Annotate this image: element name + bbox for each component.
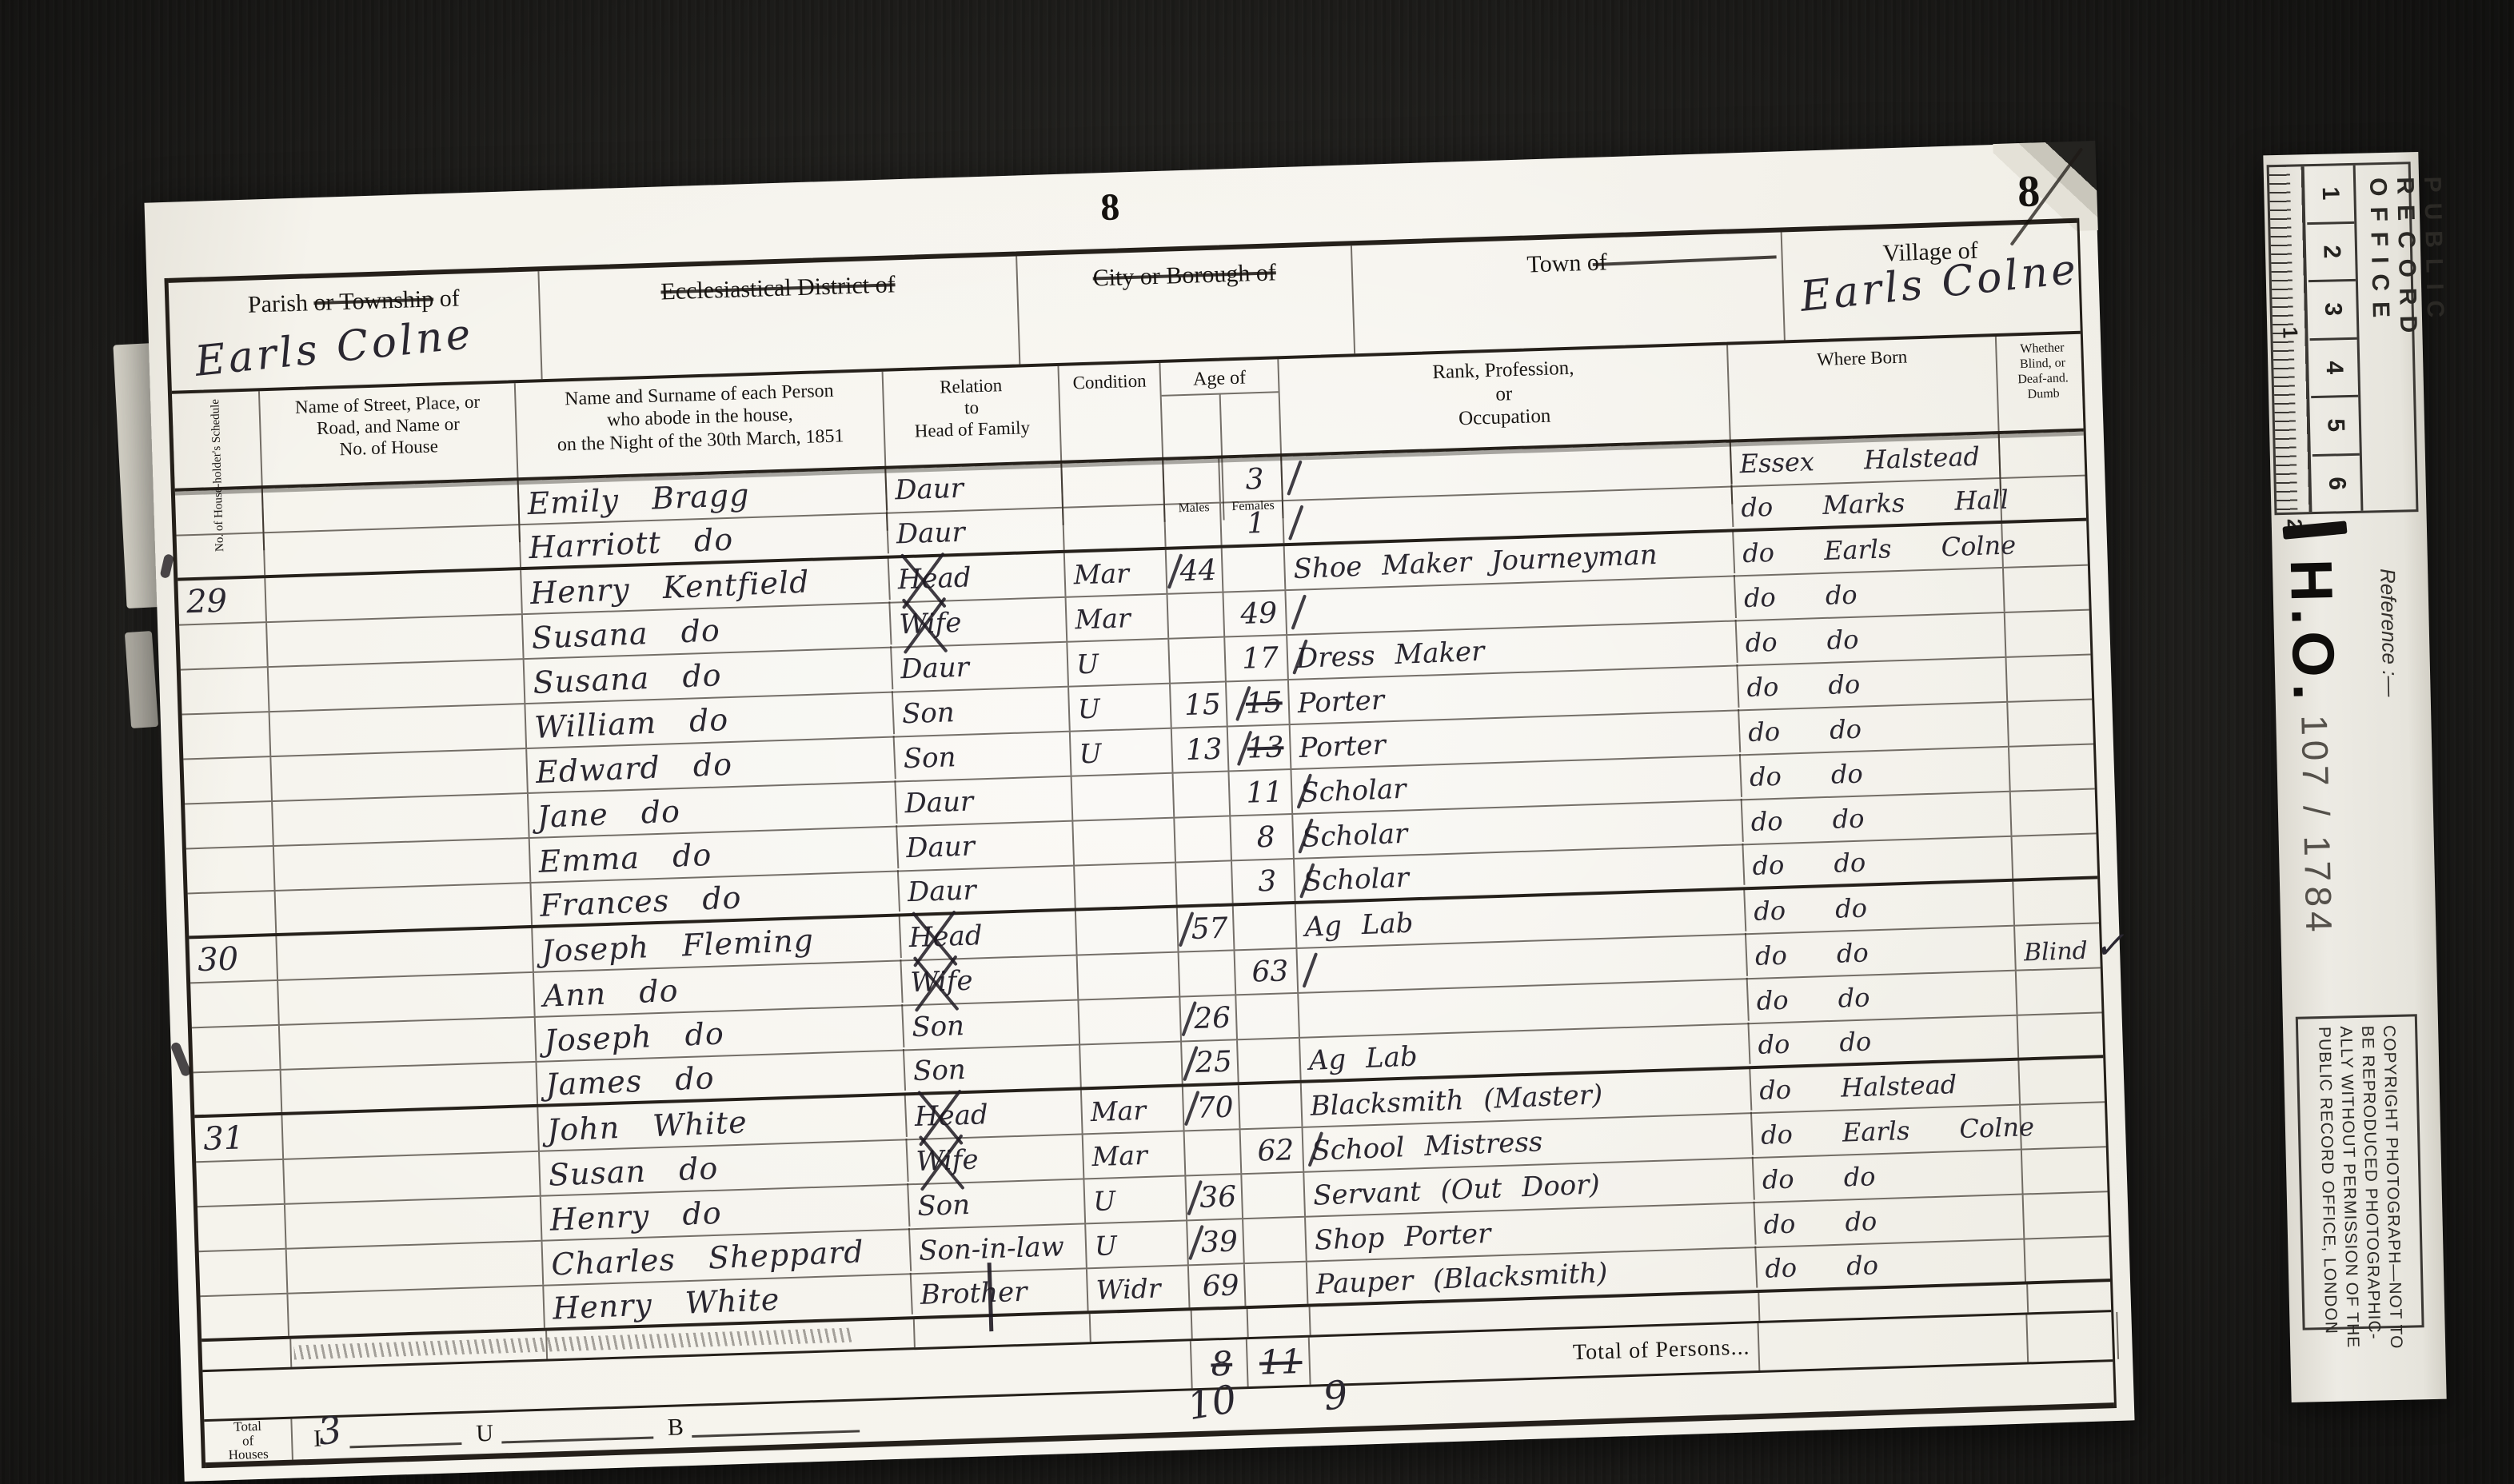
relation-value: Head: [914, 1099, 988, 1133]
street-cell: [281, 1063, 538, 1112]
schedule-number: [181, 668, 270, 713]
condition-value: [1072, 774, 1175, 820]
born-value: do do: [1737, 613, 2007, 665]
city-label: City or Borough of: [1092, 259, 1276, 291]
age-male: [1174, 772, 1231, 816]
schedule-number: [199, 1250, 289, 1295]
age-female: 49: [1223, 591, 1287, 636]
schedule-number: [177, 533, 266, 577]
age-female: 8: [1231, 815, 1295, 860]
paper-edge-sliver: [125, 631, 158, 728]
born-value: do Earls Colne: [1734, 524, 2004, 576]
ruler: 12 123456 PUBLIC RECORD OFFICE: [2267, 162, 2419, 515]
relation-cell: Wife: [908, 1135, 1085, 1183]
street-cell: [274, 839, 532, 890]
age-male: 25: [1182, 1040, 1239, 1083]
age-male: 44: [1167, 549, 1224, 593]
schedule-number: [198, 1205, 287, 1251]
district-cell: Ecclesiastical District of: [539, 256, 1020, 379]
born-value: do do: [1757, 1239, 2026, 1290]
infirmity-value: [2005, 610, 2097, 656]
condition-value: U: [1071, 729, 1174, 776]
age-male: [1169, 638, 1227, 683]
infirmity-value: [2024, 1192, 2116, 1239]
street-cell: [273, 794, 530, 845]
district-label: Ecclesiastical District of: [660, 271, 896, 305]
age-male: 36: [1186, 1175, 1243, 1219]
age-female: 3: [1219, 457, 1283, 501]
condition-value: [1079, 998, 1182, 1044]
relation-cell: Head: [906, 1090, 1083, 1139]
schedule-number: [190, 981, 280, 1027]
infirmity-value: [2002, 521, 2094, 567]
age-female: [1243, 1218, 1307, 1263]
age-male: [1167, 593, 1225, 638]
age-female: [1238, 1039, 1302, 1082]
relation-value: Son: [901, 696, 955, 730]
condition-value: [1062, 461, 1165, 507]
age-male: 26: [1180, 995, 1238, 1040]
reference-value: H.O. 107 / 1784: [2277, 558, 2354, 937]
page-number-corner: 8: [2017, 166, 2041, 217]
relation-cell: Daur: [892, 643, 1069, 692]
infirmity-value: [2000, 431, 2092, 477]
reference-series: H.O.: [2278, 558, 2348, 707]
relation-cell: Son-in-law: [910, 1224, 1087, 1273]
relation-cell: Wife: [891, 598, 1068, 647]
age-male: [1165, 504, 1223, 547]
relation-value: Wife: [899, 607, 962, 640]
schedule-number: [196, 1160, 285, 1206]
born-value: do do: [1742, 792, 2013, 844]
schedule-number: 29: [178, 578, 267, 624]
born-value: do do: [1754, 1151, 2024, 1203]
schedule-number: [186, 847, 276, 892]
street-cell: [285, 1197, 543, 1248]
condition-value: U: [1067, 640, 1171, 686]
age-female: [1223, 546, 1287, 591]
infirmity-value: [2018, 1013, 2110, 1058]
born-value: do do: [1755, 1195, 2025, 1247]
street-cell: [265, 525, 521, 575]
born-value: do Halstead: [1750, 1061, 2021, 1113]
parish-cell: Parish or Township of Earls Colne: [169, 271, 543, 390]
schedule-number: [194, 1071, 283, 1115]
pen-stroke: [1592, 255, 1776, 266]
relation-value: Head: [897, 561, 972, 596]
infirmity-value: [2011, 789, 2103, 836]
infirmity-value: [2019, 1058, 2111, 1104]
relation-value: Son-in-law: [919, 1231, 1065, 1267]
street-cell: [271, 749, 529, 800]
relation-value: Son: [917, 1189, 971, 1223]
born-value: do do: [1739, 703, 2009, 755]
age-male: 69: [1189, 1264, 1247, 1307]
pro-ruler-strip: 12 123456 PUBLIC RECORD OFFICE H.O. 107 …: [2263, 152, 2446, 1402]
relation-cell: Daur: [896, 777, 1074, 826]
age-female: [1236, 994, 1300, 1039]
relation-value: Brother: [920, 1276, 1028, 1311]
condition-value: [1075, 864, 1178, 908]
schedule-number: [175, 489, 265, 534]
relation-value: Head: [908, 920, 983, 954]
census-form: Parish or Township of Earls Colne Eccles…: [164, 218, 2117, 1469]
age-male: 70: [1183, 1085, 1241, 1130]
relation-value: Daur: [896, 517, 965, 551]
age-male: 15: [1171, 682, 1228, 727]
age-female: [1239, 1083, 1303, 1128]
born-value: do do: [1738, 658, 2009, 710]
condition-value: U: [1069, 684, 1172, 731]
infirmity-value: [2013, 834, 2105, 879]
schedule-number: [200, 1295, 289, 1338]
born-value: do do: [1735, 568, 2005, 620]
street-cell: [269, 660, 526, 711]
street-cell: [265, 570, 523, 621]
street-cell: [267, 615, 525, 666]
reference-label: Reference :—: [2375, 568, 2403, 697]
street-cell: [287, 1242, 545, 1293]
schedule-number: [188, 892, 277, 935]
age-female: [1245, 1263, 1309, 1306]
street-cell: [277, 928, 534, 979]
infirmity-value: [2004, 565, 2096, 612]
relation-cell: Son: [909, 1179, 1087, 1228]
persons-females: 11: [1247, 1338, 1311, 1386]
age-male: [1163, 459, 1221, 504]
infirmity-value: [2021, 1103, 2113, 1149]
city-cell: City or Borough of: [1017, 245, 1355, 364]
age-male: [1185, 1130, 1243, 1175]
relation-value: Wife: [910, 965, 973, 999]
street-cell: [280, 1018, 537, 1069]
uninhabited-label: U: [476, 1420, 494, 1448]
relation-cell: Wife: [902, 956, 1079, 1005]
relation-cell: Son: [895, 732, 1072, 781]
condition-value: Widr: [1087, 1266, 1191, 1310]
schedule-number: [182, 712, 272, 758]
schedule-number: [183, 757, 273, 803]
relation-value: Daur: [907, 874, 976, 908]
condition-value: U: [1084, 1176, 1187, 1223]
street-cell: [276, 884, 533, 933]
schedule-number: [192, 1026, 281, 1071]
relation-value: Daur: [904, 786, 974, 820]
relation-cell: Son: [904, 1045, 1082, 1092]
relation-cell: Daur: [899, 867, 1076, 914]
condition-value: [1078, 953, 1181, 999]
age-male: 57: [1178, 906, 1235, 951]
age-male: 13: [1172, 727, 1230, 772]
condition-value: Mar: [1065, 550, 1168, 596]
infirmity-value: [2017, 968, 2109, 1015]
infirmity-value: [2001, 476, 2093, 521]
condition-value: Mar: [1083, 1131, 1187, 1178]
relation-cell: Head: [900, 912, 1078, 960]
houses-label: Total of Houses: [204, 1419, 293, 1462]
age-female: 62: [1241, 1128, 1305, 1173]
relation-value: Wife: [916, 1144, 979, 1178]
age-female: 63: [1235, 949, 1299, 994]
age-female: 13: [1228, 725, 1292, 770]
relation-cell: Son: [903, 1000, 1080, 1049]
infirmity-value: [2025, 1237, 2117, 1282]
born-value: do Earls Colne: [1752, 1106, 2022, 1158]
born-value: do do: [1744, 837, 2013, 888]
relation-value: Daur: [906, 831, 976, 865]
street-cell: [270, 704, 528, 756]
schedule-number: 30: [189, 936, 278, 982]
age-female: 15: [1227, 680, 1291, 725]
cm-numbers: 123456: [2306, 166, 2364, 512]
relation-cell: Daur: [886, 464, 1063, 513]
parish-label: Parish or Township of: [247, 285, 460, 317]
born-value: do do: [1746, 927, 2017, 979]
infirmity-value: [2006, 655, 2098, 701]
age-female: 3: [1232, 860, 1296, 903]
parish-value: Earls Colne: [193, 310, 476, 386]
age-male: 39: [1187, 1219, 1245, 1264]
town-cell: Town of: [1352, 232, 1786, 353]
condition-value: Mar: [1082, 1087, 1185, 1133]
age-female: [1242, 1173, 1306, 1218]
relation-cell: Head: [889, 553, 1067, 602]
condition-value: [1073, 819, 1176, 865]
relation-cell: Daur: [888, 509, 1065, 556]
age-female: 17: [1225, 636, 1289, 680]
street-cell: [288, 1287, 545, 1336]
condition-value: [1080, 1042, 1183, 1087]
street-cell: [284, 1152, 541, 1203]
born-value: do do: [1750, 1016, 2019, 1067]
copyright-text: COPYRIGHT PHOTOGRAPH—NOT TOBE REPRODUCED…: [2296, 1014, 2424, 1330]
condition-value: Mar: [1067, 595, 1170, 641]
reference-number: 107 / 1784: [2293, 714, 2340, 937]
born-value: do Marks Hall: [1733, 479, 2002, 529]
census-page: 8 8 Parish or Township of Earls Colne Ec…: [144, 142, 2134, 1482]
born-value: do do: [1741, 748, 2011, 800]
born-value: do do: [1745, 882, 2015, 934]
relation-value: Daur: [900, 652, 970, 686]
table-body: Emily Bragg Daur 3 Essex Halstead Harrio…: [175, 432, 2110, 1342]
age-male: [1179, 951, 1237, 995]
persons-males-corrected: 10: [1184, 1377, 1240, 1430]
infirmity-value: [2022, 1147, 2114, 1194]
building-label: B: [667, 1414, 684, 1442]
born-value: do do: [1748, 971, 2018, 1023]
street-cell: [278, 973, 536, 1024]
street-cell: [263, 481, 521, 532]
infirmity-value: [2013, 879, 2105, 925]
condition-value: [1063, 505, 1167, 550]
age-female: 11: [1229, 770, 1293, 815]
age-female: [1234, 904, 1298, 949]
relation-value: Son: [912, 1054, 966, 1087]
infirmity-value: [2008, 700, 2100, 746]
age-male: [1175, 816, 1232, 861]
age-male: [1176, 861, 1234, 904]
page-number: 8: [1099, 185, 1120, 229]
infirmity-value: Blind: [2015, 924, 2107, 970]
infirmity-value: [2009, 744, 2101, 791]
schedule-number: [185, 802, 274, 848]
relation-cell: Son: [893, 688, 1071, 736]
schedule-number: [179, 623, 269, 668]
age-female: 1: [1221, 501, 1285, 545]
office-label: PUBLIC RECORD OFFICE: [2364, 176, 2452, 510]
condition-value: U: [1086, 1221, 1189, 1267]
relation-cell: Brother: [912, 1269, 1089, 1316]
born-value: Essex Halstead: [1731, 434, 2001, 486]
relation-value: Son: [912, 1010, 965, 1043]
relation-cell: Daur: [897, 822, 1075, 871]
relation-value: Daur: [895, 473, 964, 507]
village-cell: Village of Earls Colne: [1782, 223, 2081, 341]
schedule-number: 31: [194, 1115, 284, 1161]
ink-blot: [159, 553, 174, 579]
condition-value: [1076, 908, 1179, 955]
relation-value: Son: [903, 741, 956, 775]
street-cell: [282, 1107, 540, 1159]
